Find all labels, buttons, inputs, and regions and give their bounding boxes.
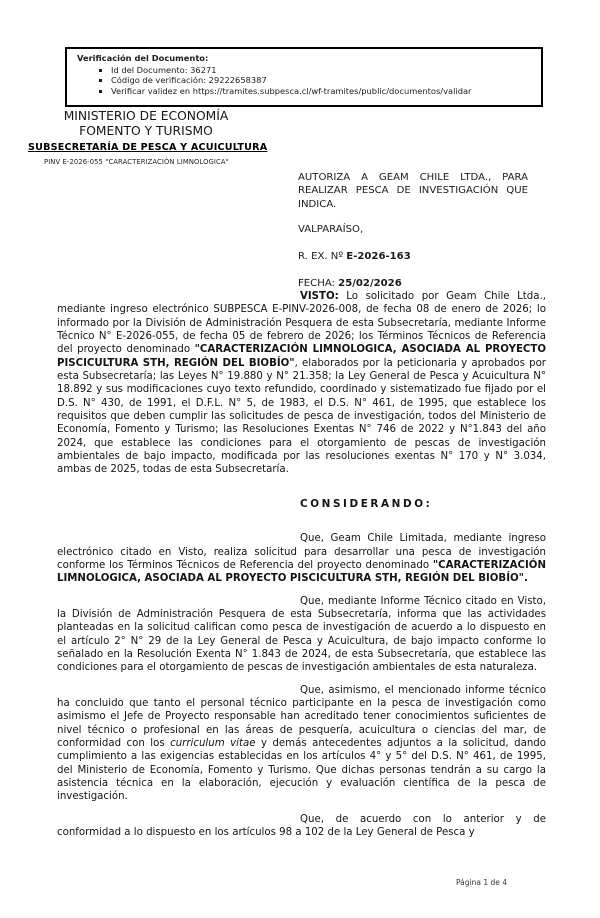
project-reference: PINV E-2026-055 "CARACTERIZACIÓN LIMNOLO… xyxy=(44,158,229,166)
visto-paragraph: VISTO: Lo solicitado por Geam Chile Ltda… xyxy=(57,290,546,477)
resolution-city: VALPARAÍSO, xyxy=(298,223,528,236)
verification-item-code: Código de verificación: 29222658387 xyxy=(111,75,537,86)
resolution-number-label: R. EX. Nº xyxy=(298,251,346,262)
considerando-paragraph-3: Que, asimismo, el mencionado informe téc… xyxy=(57,684,546,804)
resolution-date-label: FECHA: xyxy=(298,278,338,289)
ministry-line2: FOMENTO Y TURISMO xyxy=(58,124,234,139)
considerando-p3-curriculum-vitae: curriculum vitae xyxy=(170,738,255,749)
resolution-number: E-2026-163 xyxy=(346,251,410,262)
document-page: Verificación del Documento: Id del Docum… xyxy=(0,0,600,918)
resolution-subject: AUTORIZA A GEAM CHILE LTDA., PARA REALIZ… xyxy=(298,171,528,211)
resolution-date-line: FECHA: 25/02/2026 xyxy=(298,277,528,290)
visto-label: VISTO: xyxy=(300,291,339,302)
verification-title: Verificación del Documento: xyxy=(77,53,537,64)
resolution-number-line: R. EX. Nº E-2026-163 xyxy=(298,250,528,263)
page-number: Página 1 de 4 xyxy=(456,878,507,887)
verification-list: Id del Documento: 36271 Código de verifi… xyxy=(77,65,537,97)
resolution-body: VISTO: Lo solicitado por Geam Chile Ltda… xyxy=(57,290,546,848)
ministry-name: MINISTERIO DE ECONOMÍA FOMENTO Y TURISMO xyxy=(58,109,234,139)
considerando-paragraph-2: Que, mediante Informe Técnico citado en … xyxy=(57,595,546,675)
considerando-paragraph-4: Que, de acuerdo con lo anterior y de con… xyxy=(57,813,546,840)
considerando-paragraph-1: Que, Geam Chile Limitada, mediante ingre… xyxy=(57,532,546,585)
resolution-date: 25/02/2026 xyxy=(338,278,402,289)
verification-item-document-id: Id del Documento: 36271 xyxy=(111,65,537,76)
considerando-heading: CONSIDERANDO: xyxy=(300,498,546,511)
verification-box: Verificación del Documento: Id del Docum… xyxy=(65,47,543,107)
visto-text-2: , elaborados por la peticionaria y aprob… xyxy=(57,358,546,476)
verification-item-validate-url[interactable]: Verificar validez en https://tramites.su… xyxy=(111,86,537,97)
ministry-line1: MINISTERIO DE ECONOMÍA xyxy=(58,109,234,124)
resolution-header-block: AUTORIZA A GEAM CHILE LTDA., PARA REALIZ… xyxy=(298,171,528,291)
subsecretaria-title: SUBSECRETARÍA DE PESCA Y ACUICULTURA xyxy=(28,142,267,153)
